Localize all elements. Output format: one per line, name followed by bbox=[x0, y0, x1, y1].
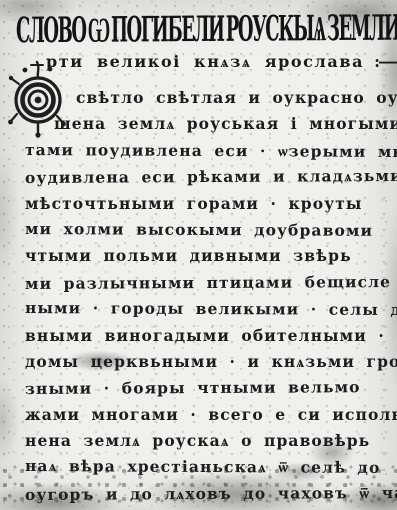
text-line: оудивлена еси рѣками и кладѧзьми bbox=[20, 163, 393, 191]
text-line: жами многами · всего е си исполь bbox=[20, 402, 393, 428]
text-line: нена землѧ роускаѧ о правовѣрь bbox=[20, 428, 393, 454]
manuscript-page: СЛОВО Ѡ ПОГИБЕЛИ РОУСКЫѦ ЗЕМЛИ І ПО СМЕ … bbox=[0, 0, 397, 510]
text-line: тами поудивлена еси · ѡзерыми многыми bbox=[20, 137, 393, 165]
text-line: ми разлычными птицами бещисле bbox=[20, 269, 393, 297]
text-line: домы церквьными · и кнѧзьми гро bbox=[20, 349, 393, 375]
text-line: оугоръ и до лѧховъ до чаховъ ѿ чах bbox=[20, 480, 393, 508]
body-text-block: свѣтло свѣтлая и оукрасно оукраша шена з… bbox=[20, 85, 393, 507]
text-line: зными · бояры чтными вельмо bbox=[20, 374, 393, 402]
text-line: наѧ вѣра хрестіаньскаѧ ѿ селѣ до bbox=[20, 453, 393, 481]
subtitle-row: рти великоі кнѧзѧ ярослава :—— bbox=[46, 52, 389, 72]
text-line: шена землѧ роуськая і многыми красо bbox=[20, 111, 393, 137]
line-end-flourish: :—— bbox=[374, 52, 397, 71]
text-line: ми холми высокыми доубравоми bbox=[20, 216, 393, 244]
text-line: чтыми польми дивными звѣрь bbox=[20, 243, 393, 269]
title-vyaz-line: СЛОВО Ѡ ПОГИБЕЛИ РОУСКЫѦ ЗЕМЛИ І ПО СМЕ bbox=[16, 7, 358, 53]
subtitle-line: рти великоі кнѧзѧ ярослава bbox=[46, 52, 364, 72]
text-line: свѣтло свѣтлая и оукрасно оукраша bbox=[20, 85, 393, 111]
text-line: ными · городы великыми · селы ди bbox=[20, 295, 393, 323]
text-line: мѣсточтьными горами · кроуты bbox=[20, 191, 393, 217]
text-line: вными виногадыми обителными · bbox=[20, 323, 393, 349]
